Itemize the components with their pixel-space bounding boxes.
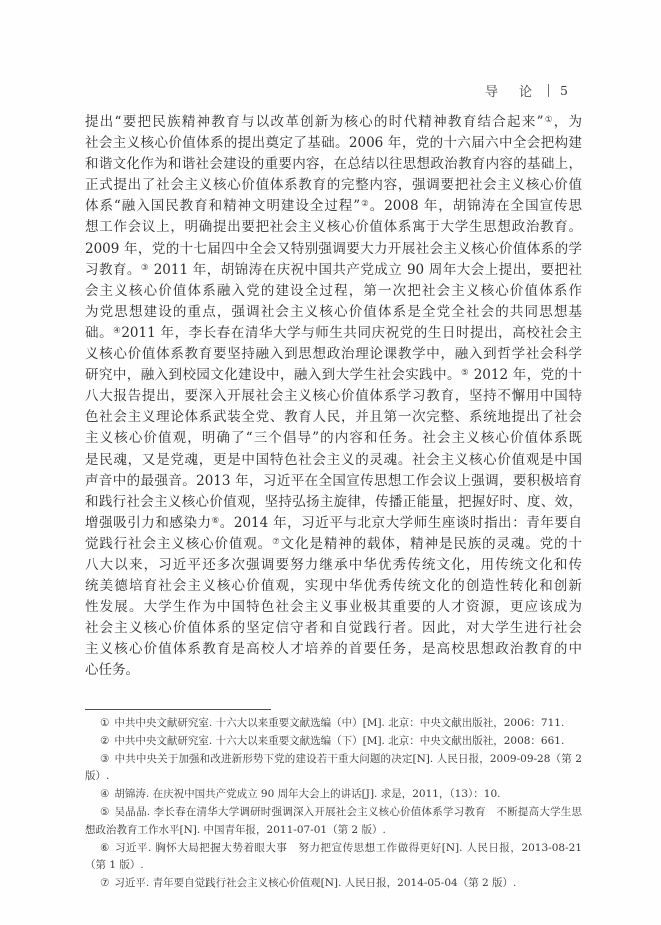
page-number: 5 [560,83,568,98]
body-text-line: 为党思想建设的重点，强调社会主义核心价值体系是全党全社会的共同思想基 [85,302,582,323]
body-text-line: 觉践行社会主义核心价值观。⑦文化是精神的载体，精神是民族的灵魂。党的十 [85,534,582,555]
footnote-text: 胡锦涛. 在庆祝中国共产党成立 90 周年大会上的讲话[J]. 求是，2011，… [114,788,500,800]
footnote-item: ①中共中央文献研究室. 十六大以来重要文献选编（中）[M]. 北京：中央文献出版… [85,715,582,733]
footnote-marker: ⑦ [100,877,109,889]
section-title: 导论 [485,81,553,100]
footnote-ref: ① [544,115,554,125]
footnote-marker: ⑥ [100,842,110,854]
footnote-marker: ① [100,717,109,729]
footnote-marker: ③ [100,753,110,765]
body-text-line: 社会主义核心价值体系的提出奠定了基础。2006 年，党的十六届六中全会把构建 [85,133,582,154]
body-text-line: 色社会主义理论体系武装全党、教育人民，并且第一次完整、系统地提出了社会 [85,407,582,428]
footnote-ref: ⑦ [272,537,281,547]
footnote-list: ①中共中央文献研究室. 十六大以来重要文献选编（中）[M]. 北京：中央文献出版… [85,715,582,893]
body-text-line: 和谐文化作为和谐社会建设的重要内容，在总结以往思想政治教育内容的基础上， [85,154,582,175]
footnote-ref: ⑤ [461,368,469,378]
footnote-marker: ④ [100,788,109,800]
body-text-line: 提出“要把民族精神教育与以改革创新为核心的时代精神教育结合起来”①，为 [85,112,582,133]
body-text-line: 心任务。 [85,660,582,681]
footnote-text: 习近平. 胸怀大局把握大势着眼大事 努力把宣传思想工作做得更好[N]. 人民日报… [85,842,582,872]
body-text-line: 体系“融入国民教育和精神文明建设全过程”②。2008 年，胡锦涛在全国宣传思 [85,196,582,217]
body-text-line: 增强吸引力和感染力⑥。2014 年，习近平与北京大学师生座谈时指出：青年要自 [85,513,582,534]
footnote-separator [85,709,271,710]
book-page: 导论 5 提出“要把民族精神教育与以改革创新为核心的时代精神教育结合起来”①，为… [0,0,661,925]
body-text-line: 主义核心价值观，明确了“三个倡导”的内容和任务。社会主义核心价值体系既 [85,428,582,449]
body-text-line: 是民魂，又是党魂，更是中国特色社会主义的灵魂。社会主义核心价值观是中国 [85,450,582,471]
body-text-line: 习教育。③ 2011 年，胡锦涛在庆祝中国共产党成立 90 周年大会上提出，要把… [85,260,582,281]
running-head: 导论 5 [485,81,568,100]
body-text-line: 主义核心价值体系教育是高校人才培养的首要任务，是高校思想政治教育的中 [85,639,582,660]
footnote-ref: ⑥ [212,516,220,526]
footnote-ref: ② [360,199,370,209]
footnote-item: ⑦习近平. 青年要自觉践行社会主义核心价值观[N]. 人民日报，2014-05-… [85,875,582,893]
footnote-marker: ② [100,735,109,747]
footnote-text: 中共中央文献研究室. 十六大以来重要文献选编（下）[M]. 北京：中央文献出版社… [114,735,564,747]
footnote-ref: ④ [113,326,121,336]
footnote-ref: ③ [141,263,149,273]
body-text-line: 会主义核心价值体系融入党的建设全过程，第一次把社会主义核心价值体系作 [85,281,582,302]
body-paragraph: 提出“要把民族精神教育与以改革创新为核心的时代精神教育结合起来”①，为社会主义核… [85,112,582,682]
body-text-line: 八大以来，习近平还多次强调要努力继承中华优秀传统文化，用传统文化和传 [85,555,582,576]
footnote-marker: ⑤ [100,806,110,818]
footnote-text: 习近平. 青年要自觉践行社会主义核心价值观[N]. 人民日报，2014-05-0… [114,877,516,889]
footnote-item: ④胡锦涛. 在庆祝中国共产党成立 90 周年大会上的讲话[J]. 求是，2011… [85,786,582,804]
body-text-line: 性发展。大学生作为中国特色社会主义事业极其重要的人才资源，更应该成为 [85,597,582,618]
footnote-text: 中共中央文献研究室. 十六大以来重要文献选编（中）[M]. 北京：中央文献出版社… [114,717,564,729]
footnote-text: 中共中央关于加强和改进新形势下党的建设若干重大问题的决定[N]. 人民日报，20… [85,753,582,783]
body-text-line: 社会主义核心价值体系的坚定信守者和自觉践行者。因此，对大学生进行社会 [85,618,582,639]
body-text-line: 础。④2011 年，李长春在清华大学与师生共同庆祝党的生日时提出，高校社会主 [85,323,582,344]
body-text-line: 想工作会议上，明确提出要把社会主义核心价值体系寓于大学生思想政治教育。 [85,217,582,238]
footnote-item: ③中共中央关于加强和改进新形势下党的建设若干重大问题的决定[N]. 人民日报，2… [85,751,582,787]
footnote-text: 吴晶晶. 李长春在清华大学调研时强调深入开展社会主义核心价值体系学习教育 不断提… [85,806,582,836]
body-text-line: 2009 年，党的十七届四中全会又特别强调要大力开展社会主义核心价值体系的学 [85,239,582,260]
body-text-line: 正式提出了社会主义核心价值体系教育的完整内容，强调要把社会主义核心价值 [85,175,582,196]
header-divider [548,84,549,97]
body-text-line: 声音中的最强音。2013 年，习近平在全国宣传思想工作会议上强调，要积极培育 [85,471,582,492]
body-text-line: 义核心价值体系教育要坚持融入到思想政治理论课教学中，融入到哲学社会科学 [85,344,582,365]
body-text-line: 统美德培育社会主义核心价值观，实现中华优秀传统文化的创造性转化和创新 [85,576,582,597]
body-text-line: 八大报告提出，要深入开展社会主义核心价值体系学习教育，坚持不懈用中国特 [85,386,582,407]
footnote-item: ②中共中央文献研究室. 十六大以来重要文献选编（下）[M]. 北京：中央文献出版… [85,733,582,751]
footnote-item: ⑥习近平. 胸怀大局把握大势着眼大事 努力把宣传思想工作做得更好[N]. 人民日… [85,840,582,876]
body-text-line: 和践行社会主义核心价值观，坚持弘扬主旋律，传播正能量，把握好时、度、效， [85,492,582,513]
body-text-line: 研究中，融入到校园文化建设中，融入到大学生社会实践中。⑤ 2012 年，党的十 [85,365,582,386]
footnote-item: ⑤吴晶晶. 李长春在清华大学调研时强调深入开展社会主义核心价值体系学习教育 不断… [85,804,582,840]
